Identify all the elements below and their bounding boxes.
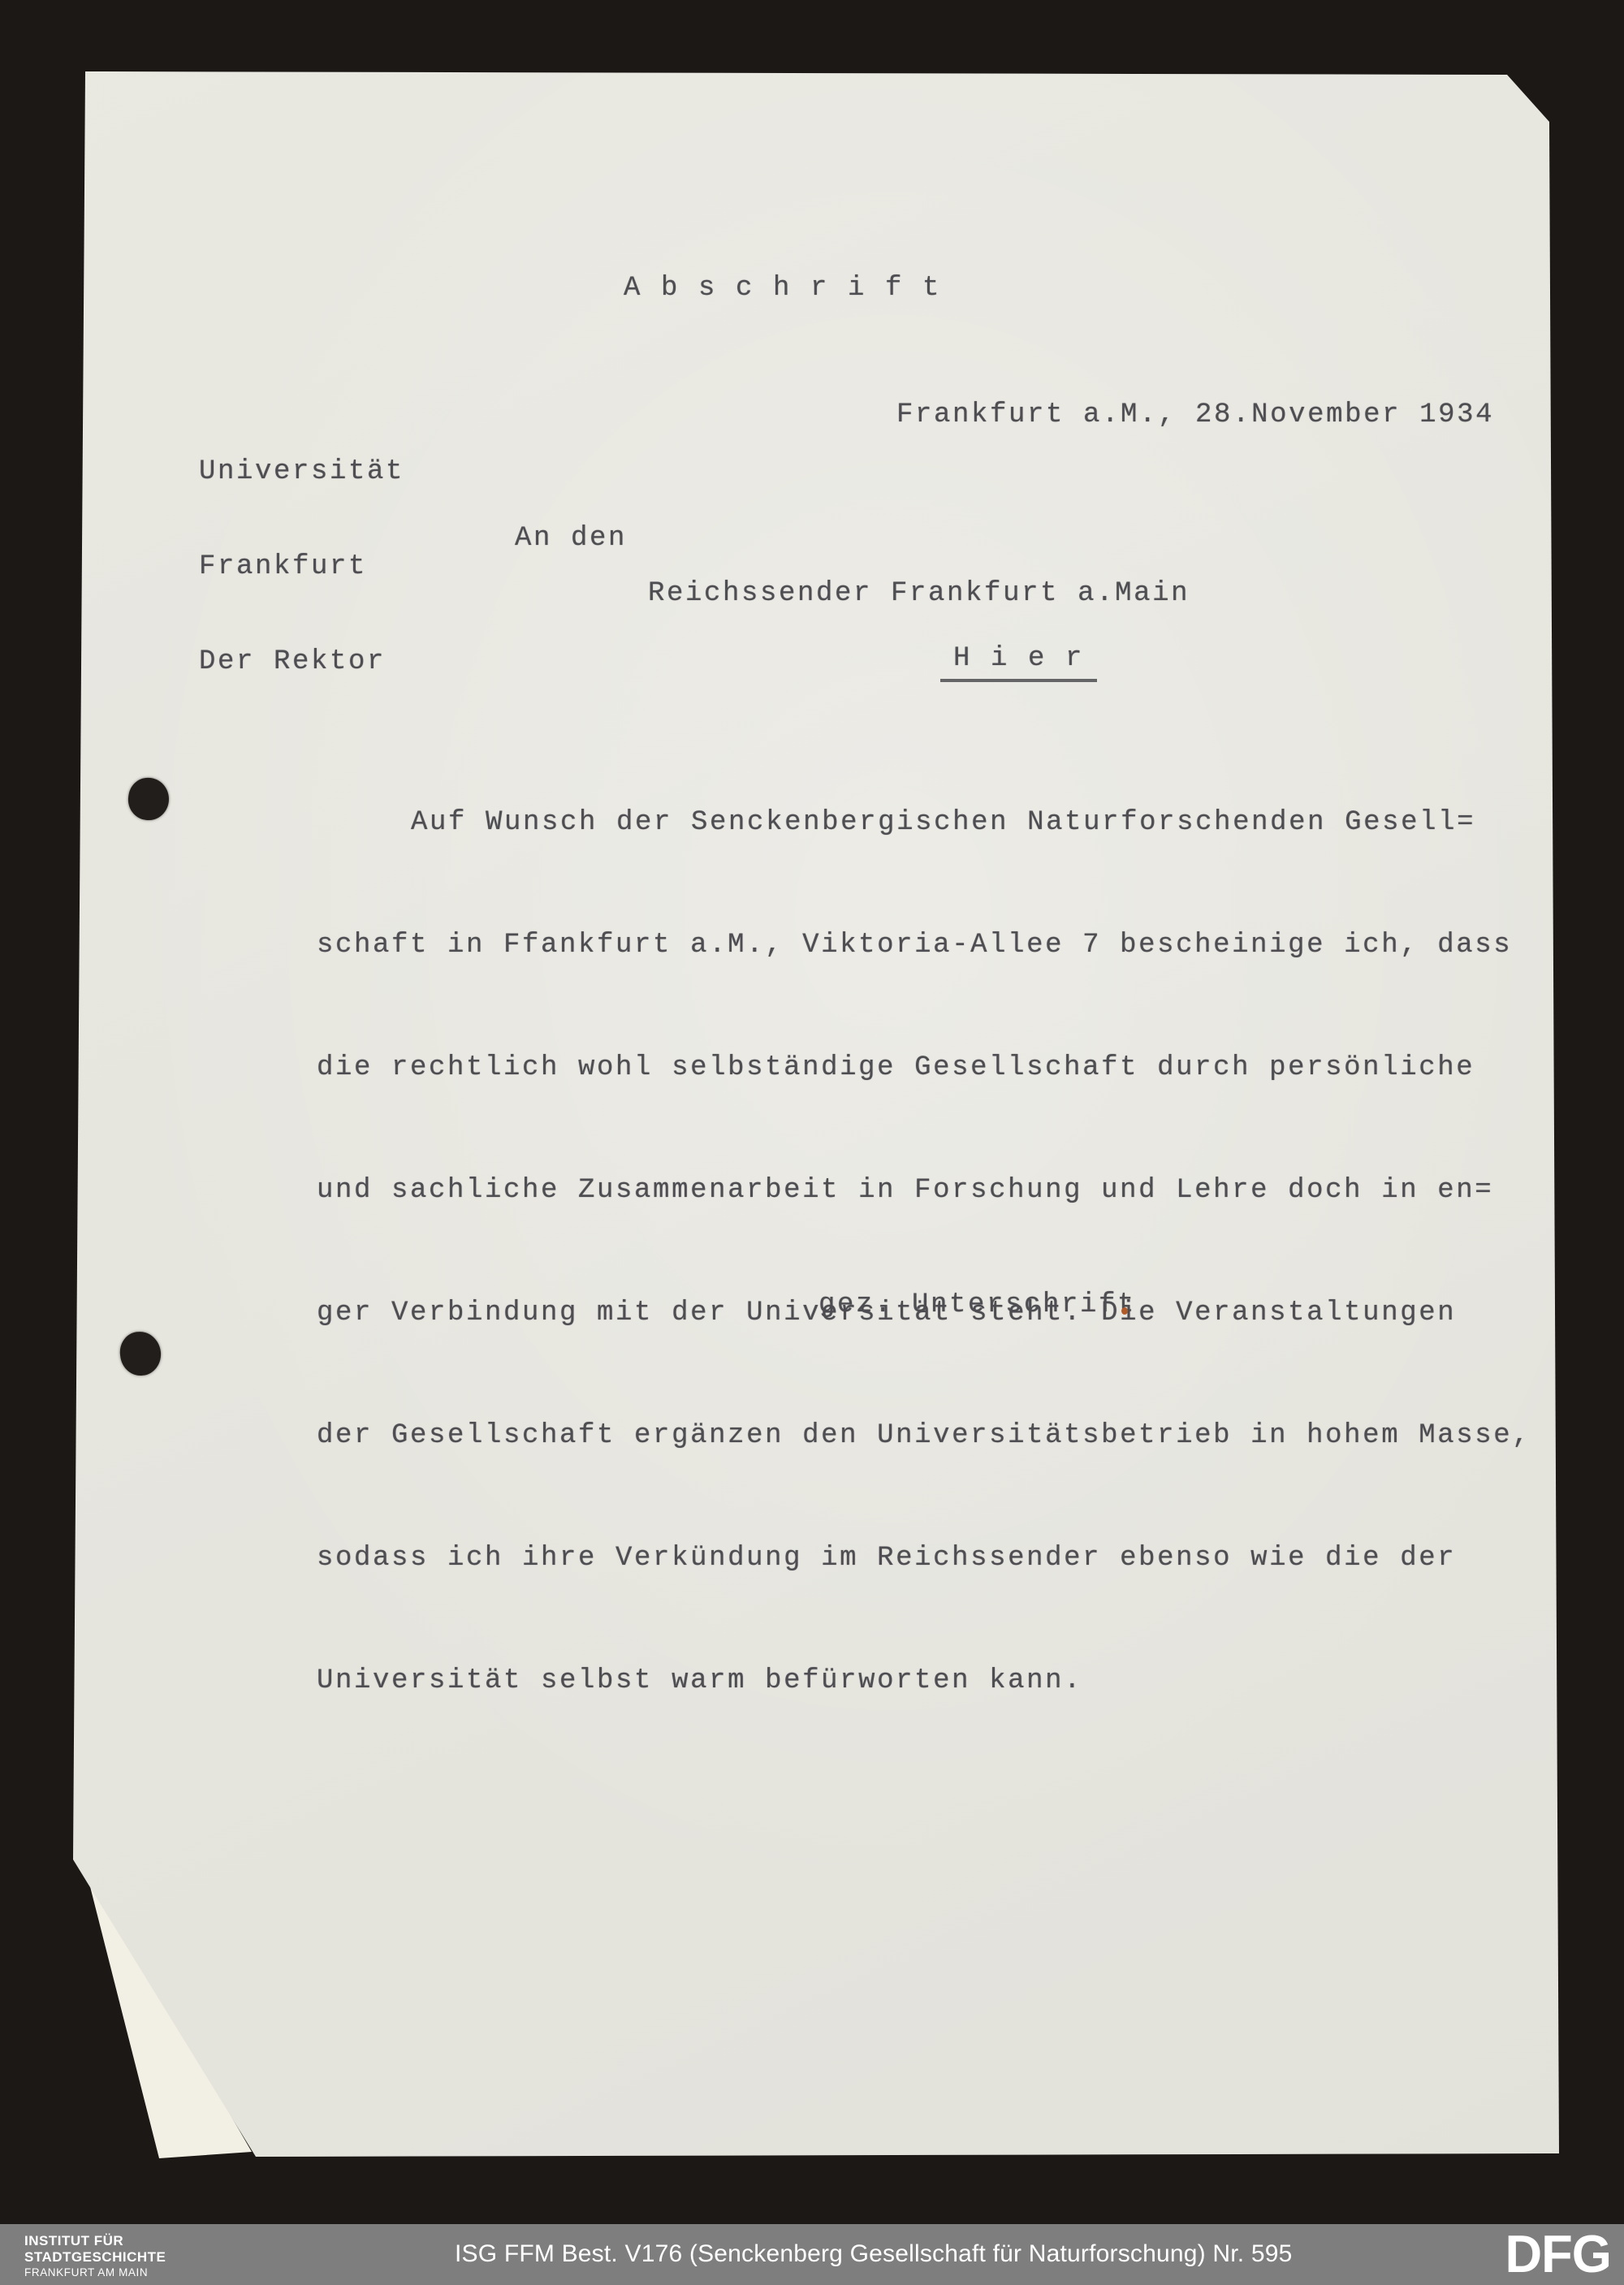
recipient-an-den: An den bbox=[515, 523, 627, 554]
body-paragraph: Auf Wunsch der Senckenbergischen Naturfo… bbox=[317, 745, 1531, 1788]
sender-line-rektor: Der Rektor bbox=[199, 646, 404, 678]
heading-abschrift: A b s c h r i f t bbox=[624, 273, 941, 304]
institute-line-1: INSTITUT FÜR bbox=[24, 2234, 166, 2248]
sender-line-frankfurt: Frankfurt bbox=[199, 551, 404, 583]
body-line: der Gesellschaft ergänzen den Universitä… bbox=[317, 1420, 1531, 1481]
recipient-hier: H i e r bbox=[940, 643, 1097, 682]
body-line: Universität selbst warm befürworten kann… bbox=[317, 1665, 1531, 1726]
corner-fold-line bbox=[1515, 71, 1559, 122]
institute-line-2: STADTGESCHICHTE bbox=[24, 2250, 166, 2264]
dateline: Frankfurt a.M., 28.November 1934 bbox=[896, 400, 1494, 430]
institute-logo: INSTITUT FÜR STADTGESCHICHTE FRANKFURT A… bbox=[24, 2234, 166, 2279]
paper-sheet: A b s c h r i f t Universität Frankfurt … bbox=[0, 0, 1624, 2285]
sender-block: Universität Frankfurt Der Rektor bbox=[199, 393, 404, 741]
red-ink-dot bbox=[1121, 1307, 1128, 1315]
dfg-logo: DFG bbox=[1505, 2225, 1611, 2285]
institute-line-3: FRANKFURT AM MAIN bbox=[24, 2267, 166, 2279]
body-line: schaft in Ffankfurt a.M., Viktoria-Allee… bbox=[317, 930, 1531, 991]
signature-line: gez. Unterschrift bbox=[818, 1289, 1136, 1320]
body-line: sodass ich ihre Verkündung im Reichssend… bbox=[317, 1543, 1531, 1604]
recipient-reichssender: Reichssender Frankfurt a.Main bbox=[648, 578, 1190, 609]
body-line: Auf Wunsch der Senckenbergischen Naturfo… bbox=[317, 807, 1531, 868]
sender-line-universitaet: Universität bbox=[199, 456, 404, 488]
body-line: die rechtlich wohl selbständige Gesellsc… bbox=[317, 1052, 1531, 1113]
footer-bar: INSTITUT FÜR STADTGESCHICHTE FRANKFURT A… bbox=[0, 2224, 1624, 2285]
body-line: und sachliche Zusammenarbeit in Forschun… bbox=[317, 1175, 1531, 1236]
scan-background: A b s c h r i f t Universität Frankfurt … bbox=[0, 0, 1624, 2285]
archive-caption: ISG FFM Best. V176 (Senckenberg Gesellsc… bbox=[455, 2240, 1293, 2268]
